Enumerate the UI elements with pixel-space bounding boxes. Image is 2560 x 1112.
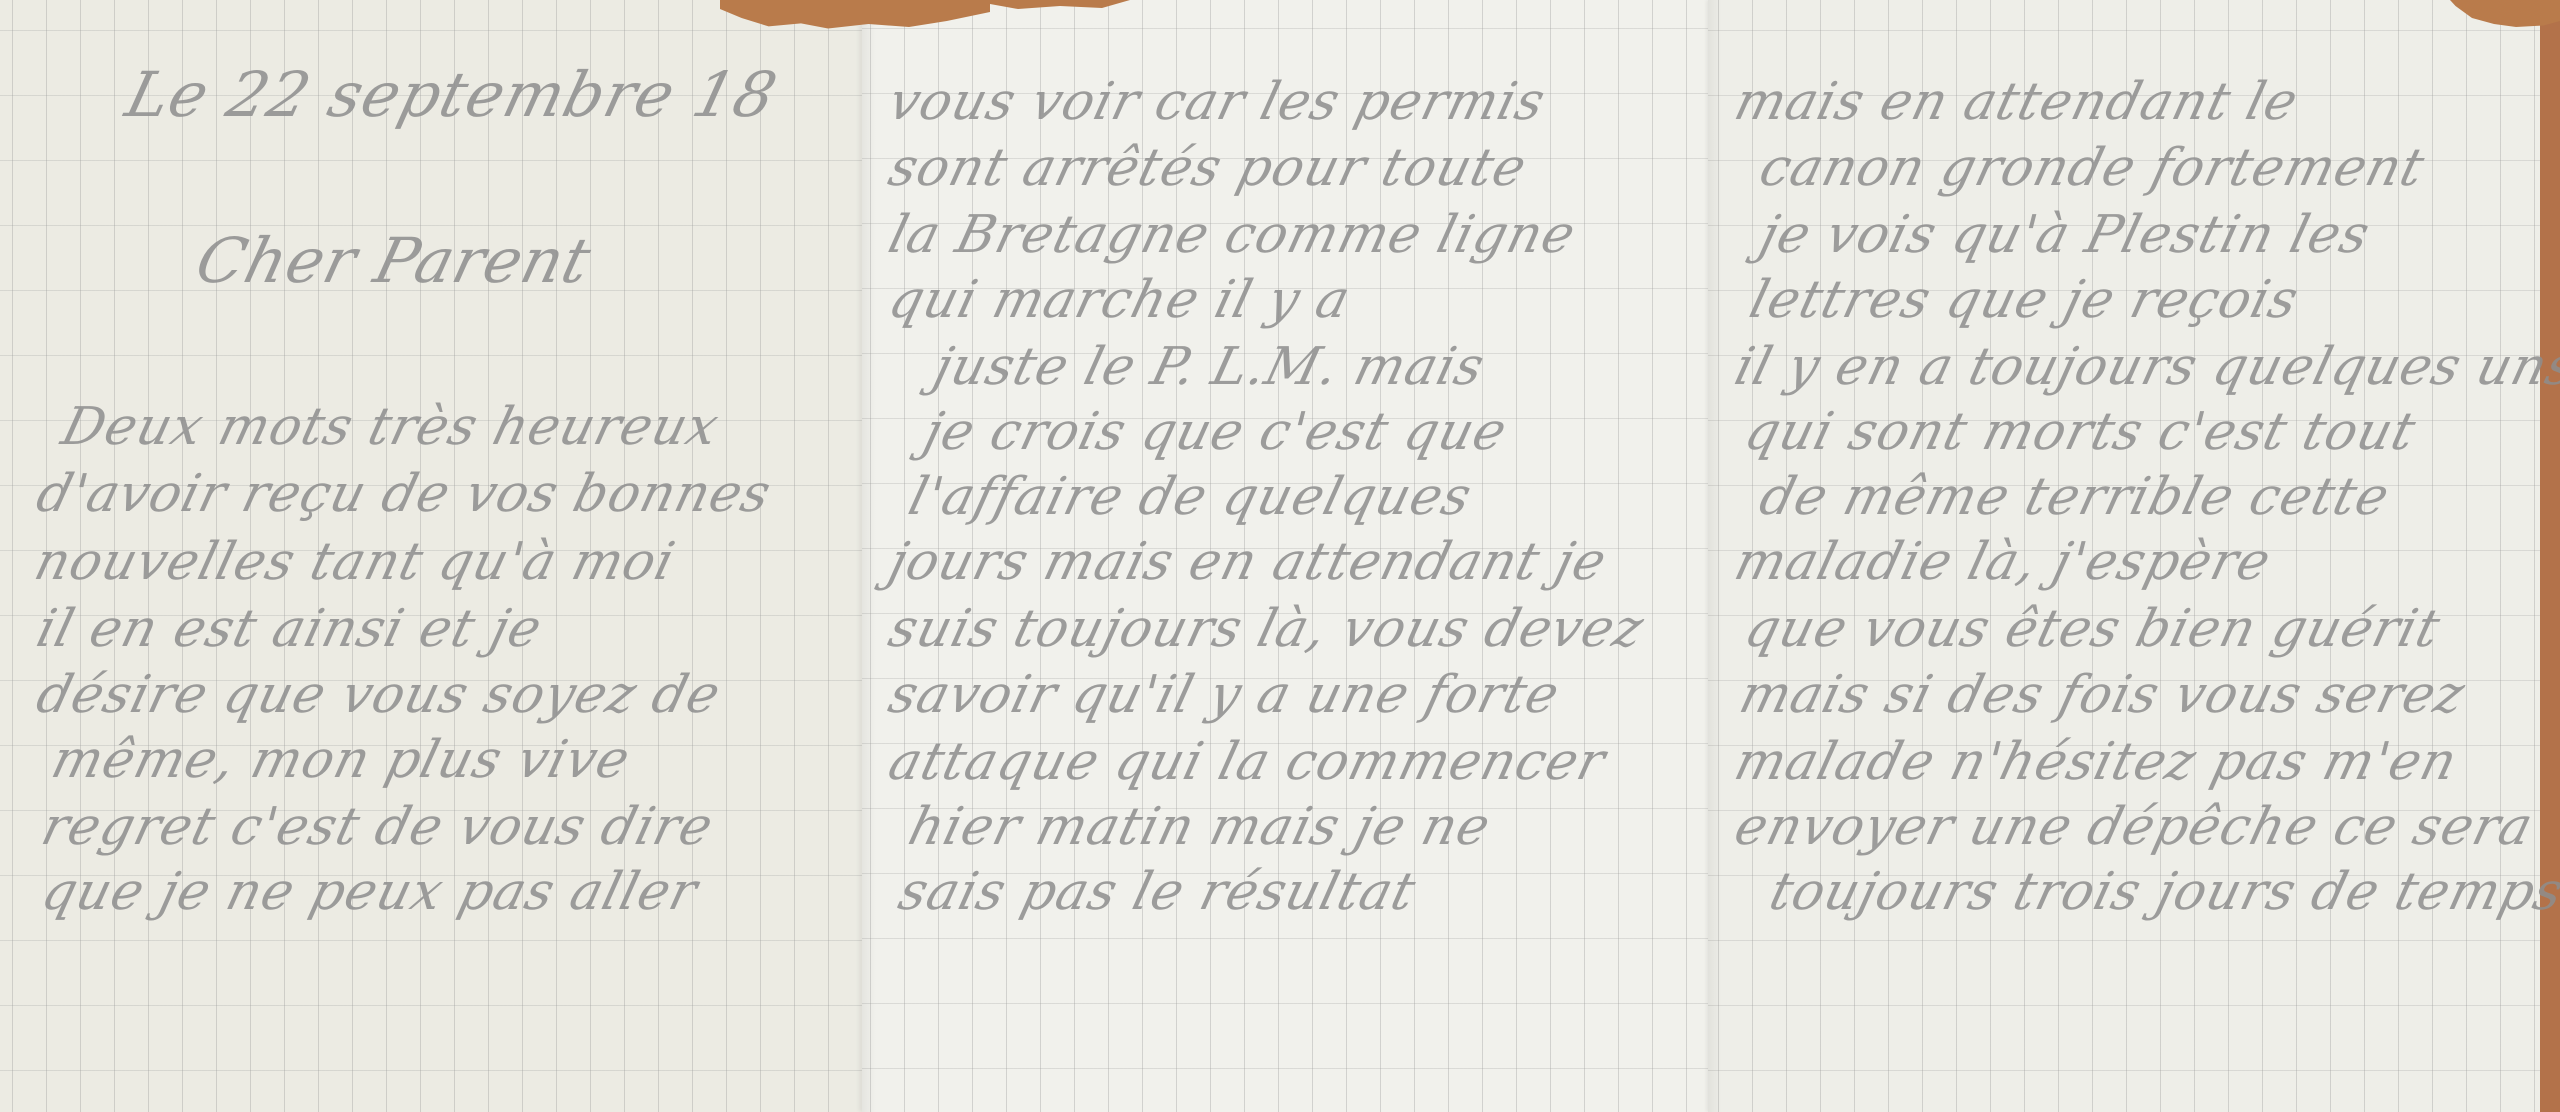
letter-line: que vous êtes bien guérit	[1738, 597, 2447, 662]
letter-line: mais en attendant le	[1728, 70, 2305, 135]
letter-line: qui sont morts c'est tout	[1738, 400, 2423, 465]
letter-photo: Le 22 septembre 18 Cher Parent Deux mots…	[0, 0, 2560, 1112]
letter-line: de même terrible cette	[1753, 465, 2396, 530]
letter-line: savoir qu'il y a une forte	[882, 663, 1566, 728]
letter-line: Deux mots très heureux	[55, 395, 726, 460]
letter-page-right: mais en attendant le canon gronde fortem…	[1708, 0, 2540, 1112]
letter-line: la Bretagne comme ligne	[882, 203, 1582, 268]
letter-line: même, mon plus vive	[45, 728, 637, 793]
letter-page-left: Le 22 septembre 18 Cher Parent Deux mots…	[0, 0, 865, 1112]
letter-line: sont arrêtés pour toute	[882, 136, 1533, 201]
letter-date: Le 22 septembre 18	[120, 62, 784, 127]
letter-line: envoyer une dépêche ce sera	[1728, 795, 2540, 860]
letter-line: je vois qu'à Plestin les	[1753, 203, 2376, 268]
letter-line: sais pas le résultat	[892, 860, 1422, 925]
fold-shadow	[862, 0, 876, 1112]
letter-line: l'affaire de quelques	[902, 465, 1478, 530]
letter-line: attaque qui la commencer	[882, 730, 1612, 795]
letter-line: d'avoir reçu de vos bonnes	[30, 462, 778, 527]
fold-shadow	[1708, 0, 1722, 1112]
letter-line: canon gronde fortement	[1753, 136, 2431, 201]
letter-line: que je ne peux pas aller	[35, 860, 704, 925]
letter-salutation: Cher Parent	[190, 228, 598, 293]
letter-line: lettres que je reçois	[1743, 268, 2305, 333]
letter-line: suis toujours là, vous devez	[882, 597, 1651, 662]
letter-line: hier matin mais je ne	[902, 795, 1497, 860]
letter-line: il en est ainsi et je	[30, 597, 549, 662]
letter-line: nouvelles tant qu'à moi	[28, 530, 682, 595]
letter-page-middle: vous voir car les permis sont arrêtés po…	[862, 0, 1710, 1112]
letter-line: maladie là, j'espère	[1728, 530, 2278, 595]
letter-line: je crois que c'est que	[917, 400, 1514, 465]
letter-line: vous voir car les permis	[882, 70, 1552, 135]
letter-line: désire que vous soyez de	[30, 663, 727, 728]
letter-line: regret c'est de vous dire	[35, 795, 720, 860]
letter-line: juste le P. L.M. mais	[927, 335, 1491, 400]
letter-line: jours mais en attendant je	[882, 530, 1613, 595]
letter-line: il y en a toujours quelques uns	[1728, 335, 2560, 400]
letter-line: toujours trois jours de temps	[1763, 860, 2560, 925]
letter-line: qui marche il y a	[882, 268, 1357, 333]
letter-line: mais si des fois vous serez	[1733, 663, 2472, 728]
letter-line: malade n'hésitez pas m'en	[1728, 730, 2464, 795]
